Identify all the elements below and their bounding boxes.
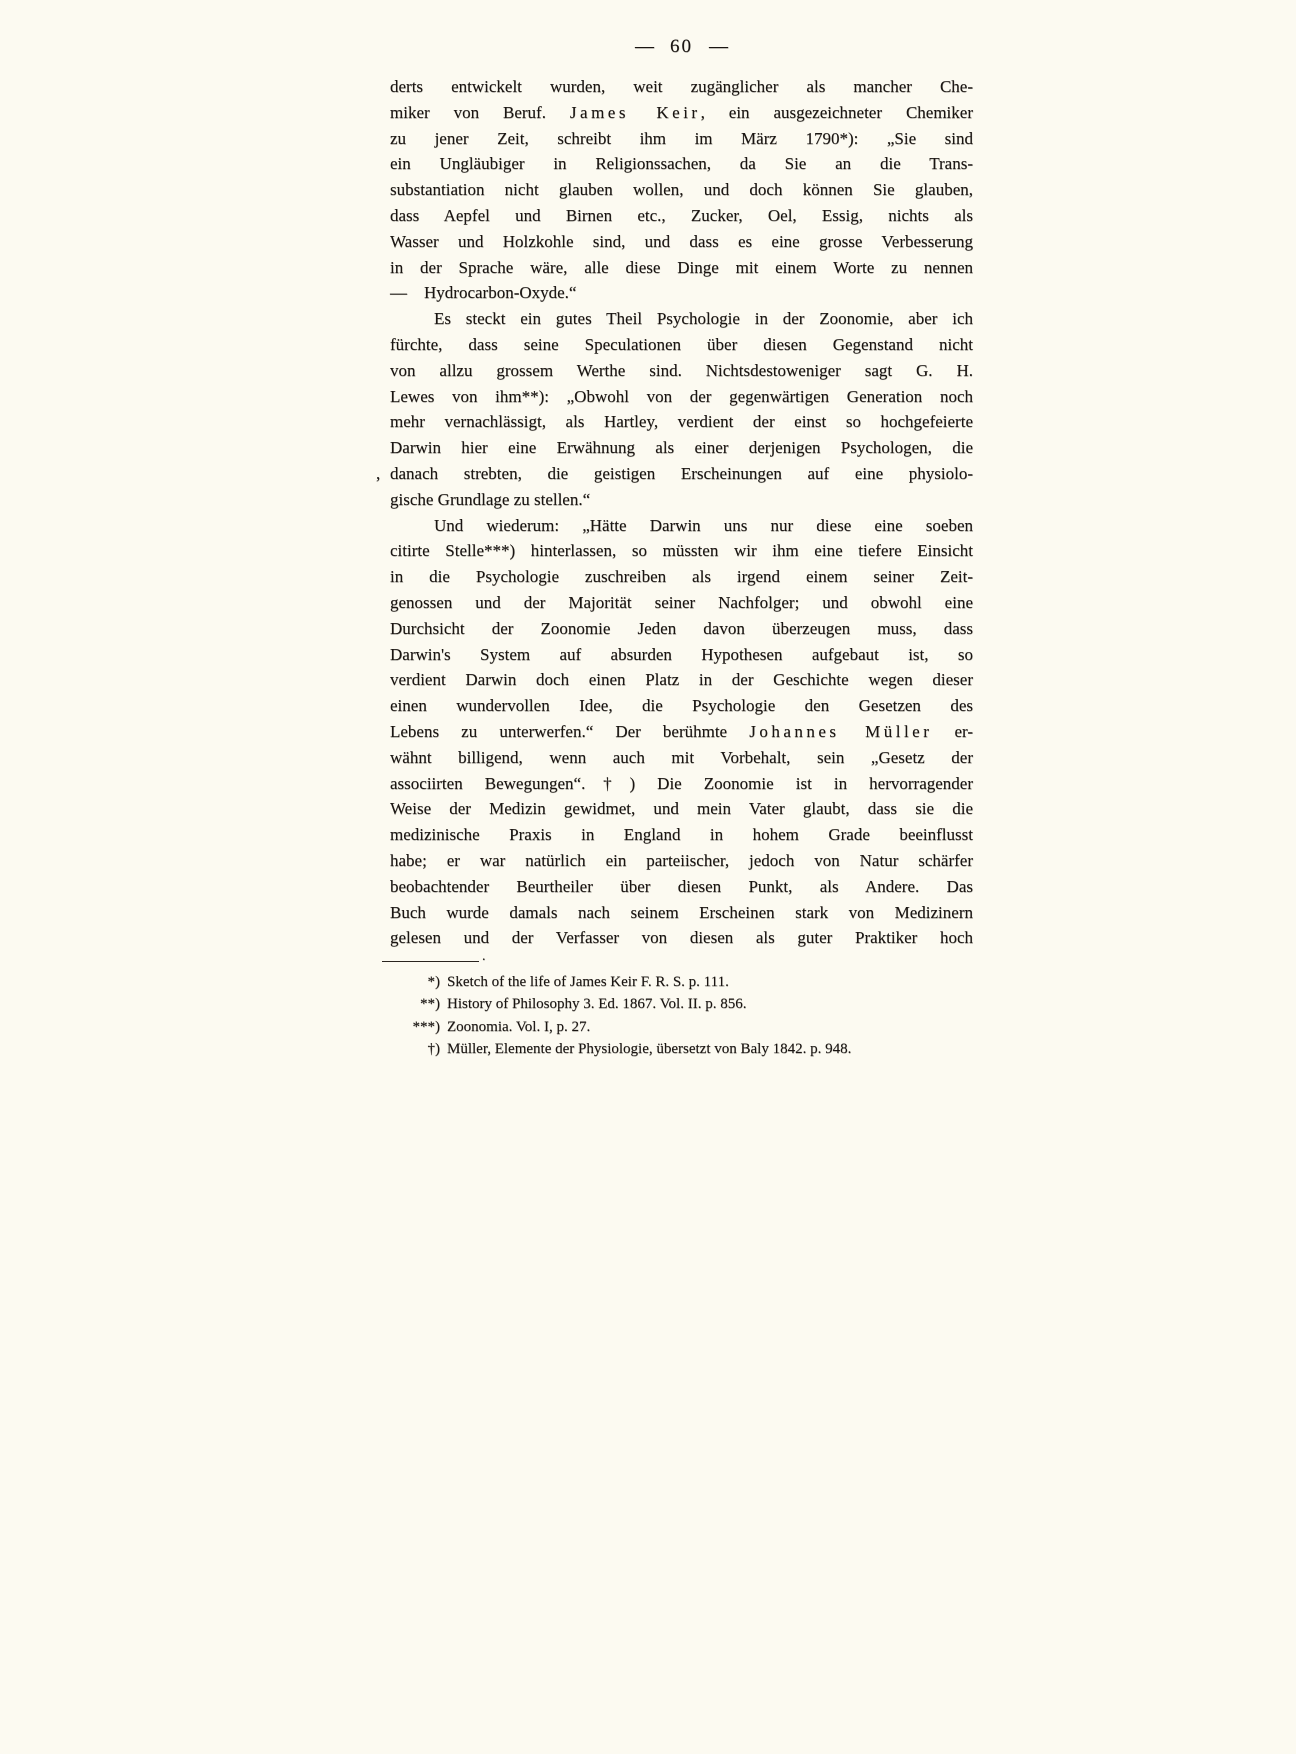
text-segment: citirte Stelle***) hinterlassen, so müss…	[390, 541, 973, 560]
text-line: gelesen und der Verfasser von diesen als…	[390, 925, 973, 951]
text-segment: Durchsicht der Zoonomie Jeden davon über…	[390, 619, 973, 638]
text-segment: dass Aepfel und Birnen etc., Zucker, Oel…	[390, 206, 973, 225]
footnote-marker: *)	[390, 971, 440, 993]
footnote-marker: †)	[390, 1038, 440, 1060]
text-line: derts entwickelt wurden, weit zugänglich…	[390, 74, 973, 100]
person-name: James Keir	[570, 103, 701, 122]
text-segment: zu jener Zeit, schreibt ihm im März 1790…	[390, 129, 973, 148]
text-line: in der Sprache wäre, alle diese Dinge mi…	[390, 255, 973, 281]
header-dash-right: —	[709, 36, 728, 58]
text-segment: medizinische Praxis in England in hohem …	[390, 825, 973, 844]
text-column: derts entwickelt wurden, weit zugänglich…	[390, 74, 973, 1061]
text-line: fürchte, dass seine Speculationen über d…	[390, 332, 973, 358]
footnote-text: History of Philosophy 3. Ed. 1867. Vol. …	[447, 996, 746, 1012]
text-line: von allzu grossem Werthe sind. Nichtsdes…	[390, 358, 973, 384]
text-segment: wähnt billigend, wenn auch mit Vorbehalt…	[390, 748, 973, 767]
text-segment: Buch wurde damals nach seinem Erscheinen…	[390, 903, 973, 922]
footnote-line: *)Sketch of the life of James Keir F. R.…	[390, 971, 973, 993]
text-segment: beobachtender Beurtheiler über diesen Pu…	[390, 877, 973, 896]
footnote-text: Müller, Elemente der Physiologie, überse…	[447, 1041, 851, 1057]
text-segment: associirten Bewegungen“.†) Die Zoonomie …	[390, 774, 973, 793]
book-page: —60— derts entwickelt wurden, weit zugän…	[0, 0, 1296, 1754]
text-line: Und wiederum: „Hätte Darwin uns nur dies…	[390, 513, 973, 539]
text-line: verdient Darwin doch einen Platz in der …	[390, 667, 973, 693]
text-line: zu jener Zeit, schreibt ihm im März 1790…	[390, 126, 973, 152]
footnote-text: Sketch of the life of James Keir F. R. S…	[447, 974, 729, 990]
text-line: Lewes von ihm**): „Obwohl von der gegenw…	[390, 384, 973, 410]
text-line: wähnt billigend, wenn auch mit Vorbehalt…	[390, 745, 973, 771]
text-line: dass Aepfel und Birnen etc., Zucker, Oel…	[390, 203, 973, 229]
text-line: citirte Stelle***) hinterlassen, so müss…	[390, 538, 973, 564]
text-line: Wasser und Holzkohle sind, und dass es e…	[390, 229, 973, 255]
text-segment: Darwin's System auf absurden Hypothesen …	[390, 645, 973, 664]
text-segment: Darwin hier eine Erwähnung als einer der…	[390, 438, 973, 457]
body-text: derts entwickelt wurden, weit zugänglich…	[390, 74, 973, 951]
footnote-marker: **)	[390, 993, 440, 1015]
footnote-line: **)History of Philosophy 3. Ed. 1867. Vo…	[390, 993, 973, 1015]
footnote-separator	[382, 961, 479, 962]
text-segment: gische Grundlage zu stellen.“	[390, 490, 590, 509]
text-segment: mehr vernachlässigt, als Hartley, verdie…	[390, 412, 973, 431]
footnotes: *)Sketch of the life of James Keir F. R.…	[390, 971, 973, 1061]
text-line: habe; er war natürlich ein parteiischer,…	[390, 848, 973, 874]
text-line: Weise der Medizin gewidmet, und mein Vat…	[390, 796, 973, 822]
text-segment: in die Psychologie zuschreiben als irgen…	[390, 567, 973, 586]
text-line: Durchsicht der Zoonomie Jeden davon über…	[390, 616, 973, 642]
person-name: Johannes Müller	[749, 722, 932, 741]
text-line: Es steckt ein gutes Theil Psychologie in…	[390, 306, 973, 332]
text-line: ein Ungläubiger in Religionssachen, da S…	[390, 151, 973, 177]
text-segment: Lewes von ihm**): „Obwohl von der gegenw…	[390, 387, 973, 406]
text-segment: substantiation nicht glauben wollen, und…	[390, 180, 973, 199]
text-segment: von allzu grossem Werthe sind. Nichtsdes…	[390, 361, 973, 380]
page-number: 60	[670, 36, 693, 58]
header-dash-left: —	[635, 36, 654, 58]
text-segment: einen wundervollen Idee, die Psychologie…	[390, 696, 973, 715]
text-line: Lebens zu unterwerfen.“ Der berühmte Joh…	[390, 719, 973, 745]
text-segment: er-	[932, 722, 973, 741]
hanging-comma: ,	[376, 461, 380, 487]
footnote-line: ***)Zoonomia. Vol. I, p. 27.	[390, 1016, 973, 1038]
text-line: Darwin hier eine Erwähnung als einer der…	[390, 435, 973, 461]
text-line: substantiation nicht glauben wollen, und…	[390, 177, 973, 203]
text-segment: ein Ungläubiger in Religionssachen, da S…	[390, 154, 973, 173]
text-segment: miker von Beruf.	[390, 103, 570, 122]
text-segment: Und wiederum: „Hätte Darwin uns nur dies…	[434, 516, 973, 535]
text-segment: danach strebten, die geistigen Erscheinu…	[390, 464, 973, 483]
text-segment: , ein ausgezeichneter Chemiker	[701, 103, 973, 122]
text-segment: fürchte, dass seine Speculationen über d…	[390, 335, 973, 354]
text-segment: derts entwickelt wurden, weit zugänglich…	[390, 77, 973, 96]
text-line: gische Grundlage zu stellen.“	[390, 487, 973, 513]
text-segment: genossen und der Majorität seiner Nachfo…	[390, 593, 973, 612]
text-segment: Wasser und Holzkohle sind, und dass es e…	[390, 232, 973, 251]
text-line: — Hydrocarbon-Oxyde.“	[390, 280, 973, 306]
footnote-marker: ***)	[390, 1016, 440, 1038]
text-line: ,danach strebten, die geistigen Erschein…	[390, 461, 973, 487]
text-line: Darwin's System auf absurden Hypothesen …	[390, 642, 973, 668]
text-line: beobachtender Beurtheiler über diesen Pu…	[390, 874, 973, 900]
text-segment: Weise der Medizin gewidmet, und mein Vat…	[390, 799, 973, 818]
footnote-line: †)Müller, Elemente der Physiologie, über…	[390, 1038, 973, 1060]
text-segment: Es steckt ein gutes Theil Psychologie in…	[434, 309, 973, 328]
text-segment: — Hydrocarbon-Oxyde.“	[390, 283, 576, 302]
text-line: genossen und der Majorität seiner Nachfo…	[390, 590, 973, 616]
text-segment: Lebens zu unterwerfen.“ Der berühmte	[390, 722, 749, 741]
text-line: medizinische Praxis in England in hohem …	[390, 822, 973, 848]
text-segment: habe; er war natürlich ein parteiischer,…	[390, 851, 973, 870]
text-line: miker von Beruf. James Keir, ein ausgeze…	[390, 100, 973, 126]
text-segment: verdient Darwin doch einen Platz in der …	[390, 670, 973, 689]
text-line: associirten Bewegungen“.†) Die Zoonomie …	[390, 771, 973, 797]
text-line: mehr vernachlässigt, als Hartley, verdie…	[390, 409, 973, 435]
text-segment: in der Sprache wäre, alle diese Dinge mi…	[390, 258, 973, 277]
text-line: Buch wurde damals nach seinem Erscheinen…	[390, 900, 973, 926]
page-header: —60—	[390, 36, 973, 58]
text-line: einen wundervollen Idee, die Psychologie…	[390, 693, 973, 719]
footnote-text: Zoonomia. Vol. I, p. 27.	[447, 1019, 590, 1035]
text-line: in die Psychologie zuschreiben als irgen…	[390, 564, 973, 590]
text-segment: gelesen und der Verfasser von diesen als…	[390, 928, 973, 947]
